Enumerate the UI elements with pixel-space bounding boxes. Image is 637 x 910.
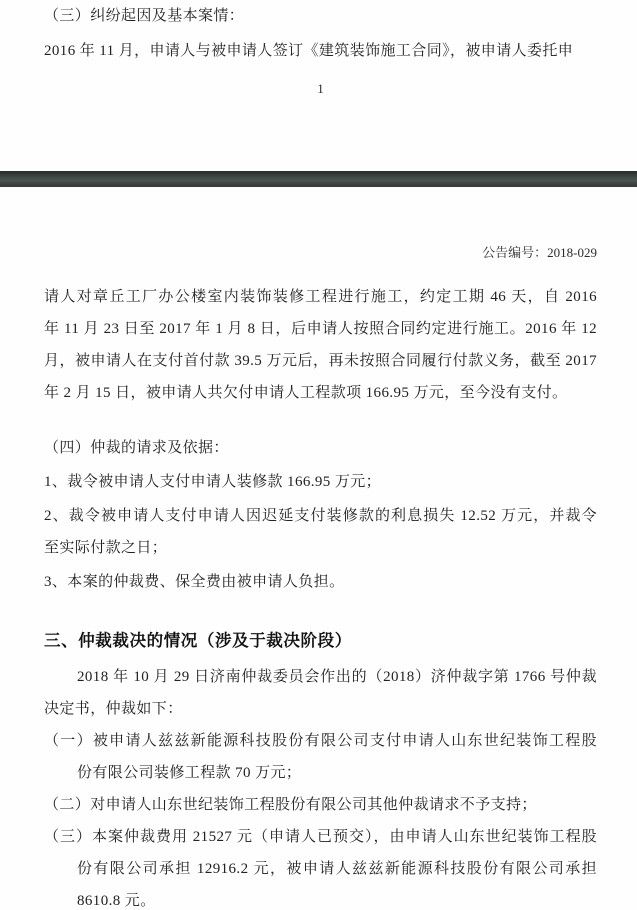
section4-arbitration-requests: （四）仲裁的请求及依据： 1、裁令被申请人支付申请人装修款 166.95 万元；… bbox=[44, 432, 597, 598]
doc-line: （三）本案仲裁费用 21527 元（申请人已预交），由申请人山东世纪装饰工程股 bbox=[44, 821, 597, 853]
page-break-bar bbox=[0, 171, 637, 187]
doc-line: 份有限公司装修工程款 70 万元； bbox=[44, 757, 597, 789]
section3-cause-heading: （三）纠纷起因及基本案情： bbox=[44, 1, 597, 31]
doc-line: 月，被申请人在支付首付款 39.5 万元后，再未按照合同履行付款义务，截至 20… bbox=[44, 345, 597, 377]
doc-line: 8610.8 元。 bbox=[44, 885, 597, 910]
award-item-3: （三）本案仲裁费用 21527 元（申请人已预交），由申请人山东世纪装饰工程股 … bbox=[44, 821, 597, 910]
announcement-number: 公告编号：2018-029 bbox=[44, 237, 597, 269]
doc-line: （一）被申请人兹兹新能源科技股份有限公司支付申请人山东世纪装饰工程股 bbox=[44, 725, 597, 757]
section3-award-ruling: 三、仲裁裁决的情况（涉及于裁决阶段） 2018 年 10 月 29 日济南仲裁委… bbox=[44, 625, 597, 910]
doc-line: 请人对章丘工厂办公楼室内装饰装修工程进行施工，约定工期 46 天，自 2016 bbox=[44, 281, 597, 313]
request-item-3: 3、本案的仲裁费、保全费由被申请人负担。 bbox=[44, 566, 597, 598]
doc-line: 份有限公司承担 12916.2 元，被申请人兹兹新能源科技股份有限公司承担 bbox=[44, 853, 597, 885]
case-intro-line: 2016 年 11 月，申请人与被申请人签订《建筑装饰施工合同》，被申请人委托申 bbox=[44, 36, 597, 66]
document-page-2: 公告编号：2018-029 请人对章丘工厂办公楼室内装饰装修工程进行施工，约定工… bbox=[0, 187, 637, 910]
request-item-2-line-1: 2、裁令被申请人支付申请人因迟延支付装修款的利息损失 12.52 万元，并裁令 bbox=[44, 500, 597, 532]
doc-line: 年 11 月 23 日至 2017 年 1 月 8 日，后申请人按照合同约定进行… bbox=[44, 313, 597, 345]
case-facts-paragraph: 请人对章丘工厂办公楼室内装饰装修工程进行施工，约定工期 46 天，自 2016 … bbox=[44, 281, 597, 409]
page-number: 1 bbox=[44, 75, 597, 103]
doc-line: （二）对申请人山东世纪装饰工程股份有限公司其他仲裁请求不予支持； bbox=[44, 789, 597, 821]
award-item-1: （一）被申请人兹兹新能源科技股份有限公司支付申请人山东世纪装饰工程股 份有限公司… bbox=[44, 725, 597, 789]
doc-line: 年 2 月 15 日，被申请人共欠付申请人工程款项 166.95 万元，至今没有… bbox=[44, 377, 597, 409]
award-intro-line-2: 决定书，仲裁如下： bbox=[44, 693, 597, 725]
section4-heading: （四）仲裁的请求及依据： bbox=[44, 432, 597, 464]
award-section-heading: 三、仲裁裁决的情况（涉及于裁决阶段） bbox=[44, 625, 597, 657]
award-item-2: （二）对申请人山东世纪装饰工程股份有限公司其他仲裁请求不予支持； bbox=[44, 789, 597, 821]
document-page-1-bottom: （三）纠纷起因及基本案情： 2016 年 11 月，申请人与被申请人签订《建筑装… bbox=[0, 0, 637, 171]
request-item-1: 1、裁令被申请人支付申请人装修款 166.95 万元； bbox=[44, 466, 597, 498]
request-item-2-line-2: 至实际付款之日； bbox=[44, 532, 597, 564]
award-intro-line-1: 2018 年 10 月 29 日济南仲裁委员会作出的（2018）济仲裁字第 17… bbox=[44, 661, 597, 693]
